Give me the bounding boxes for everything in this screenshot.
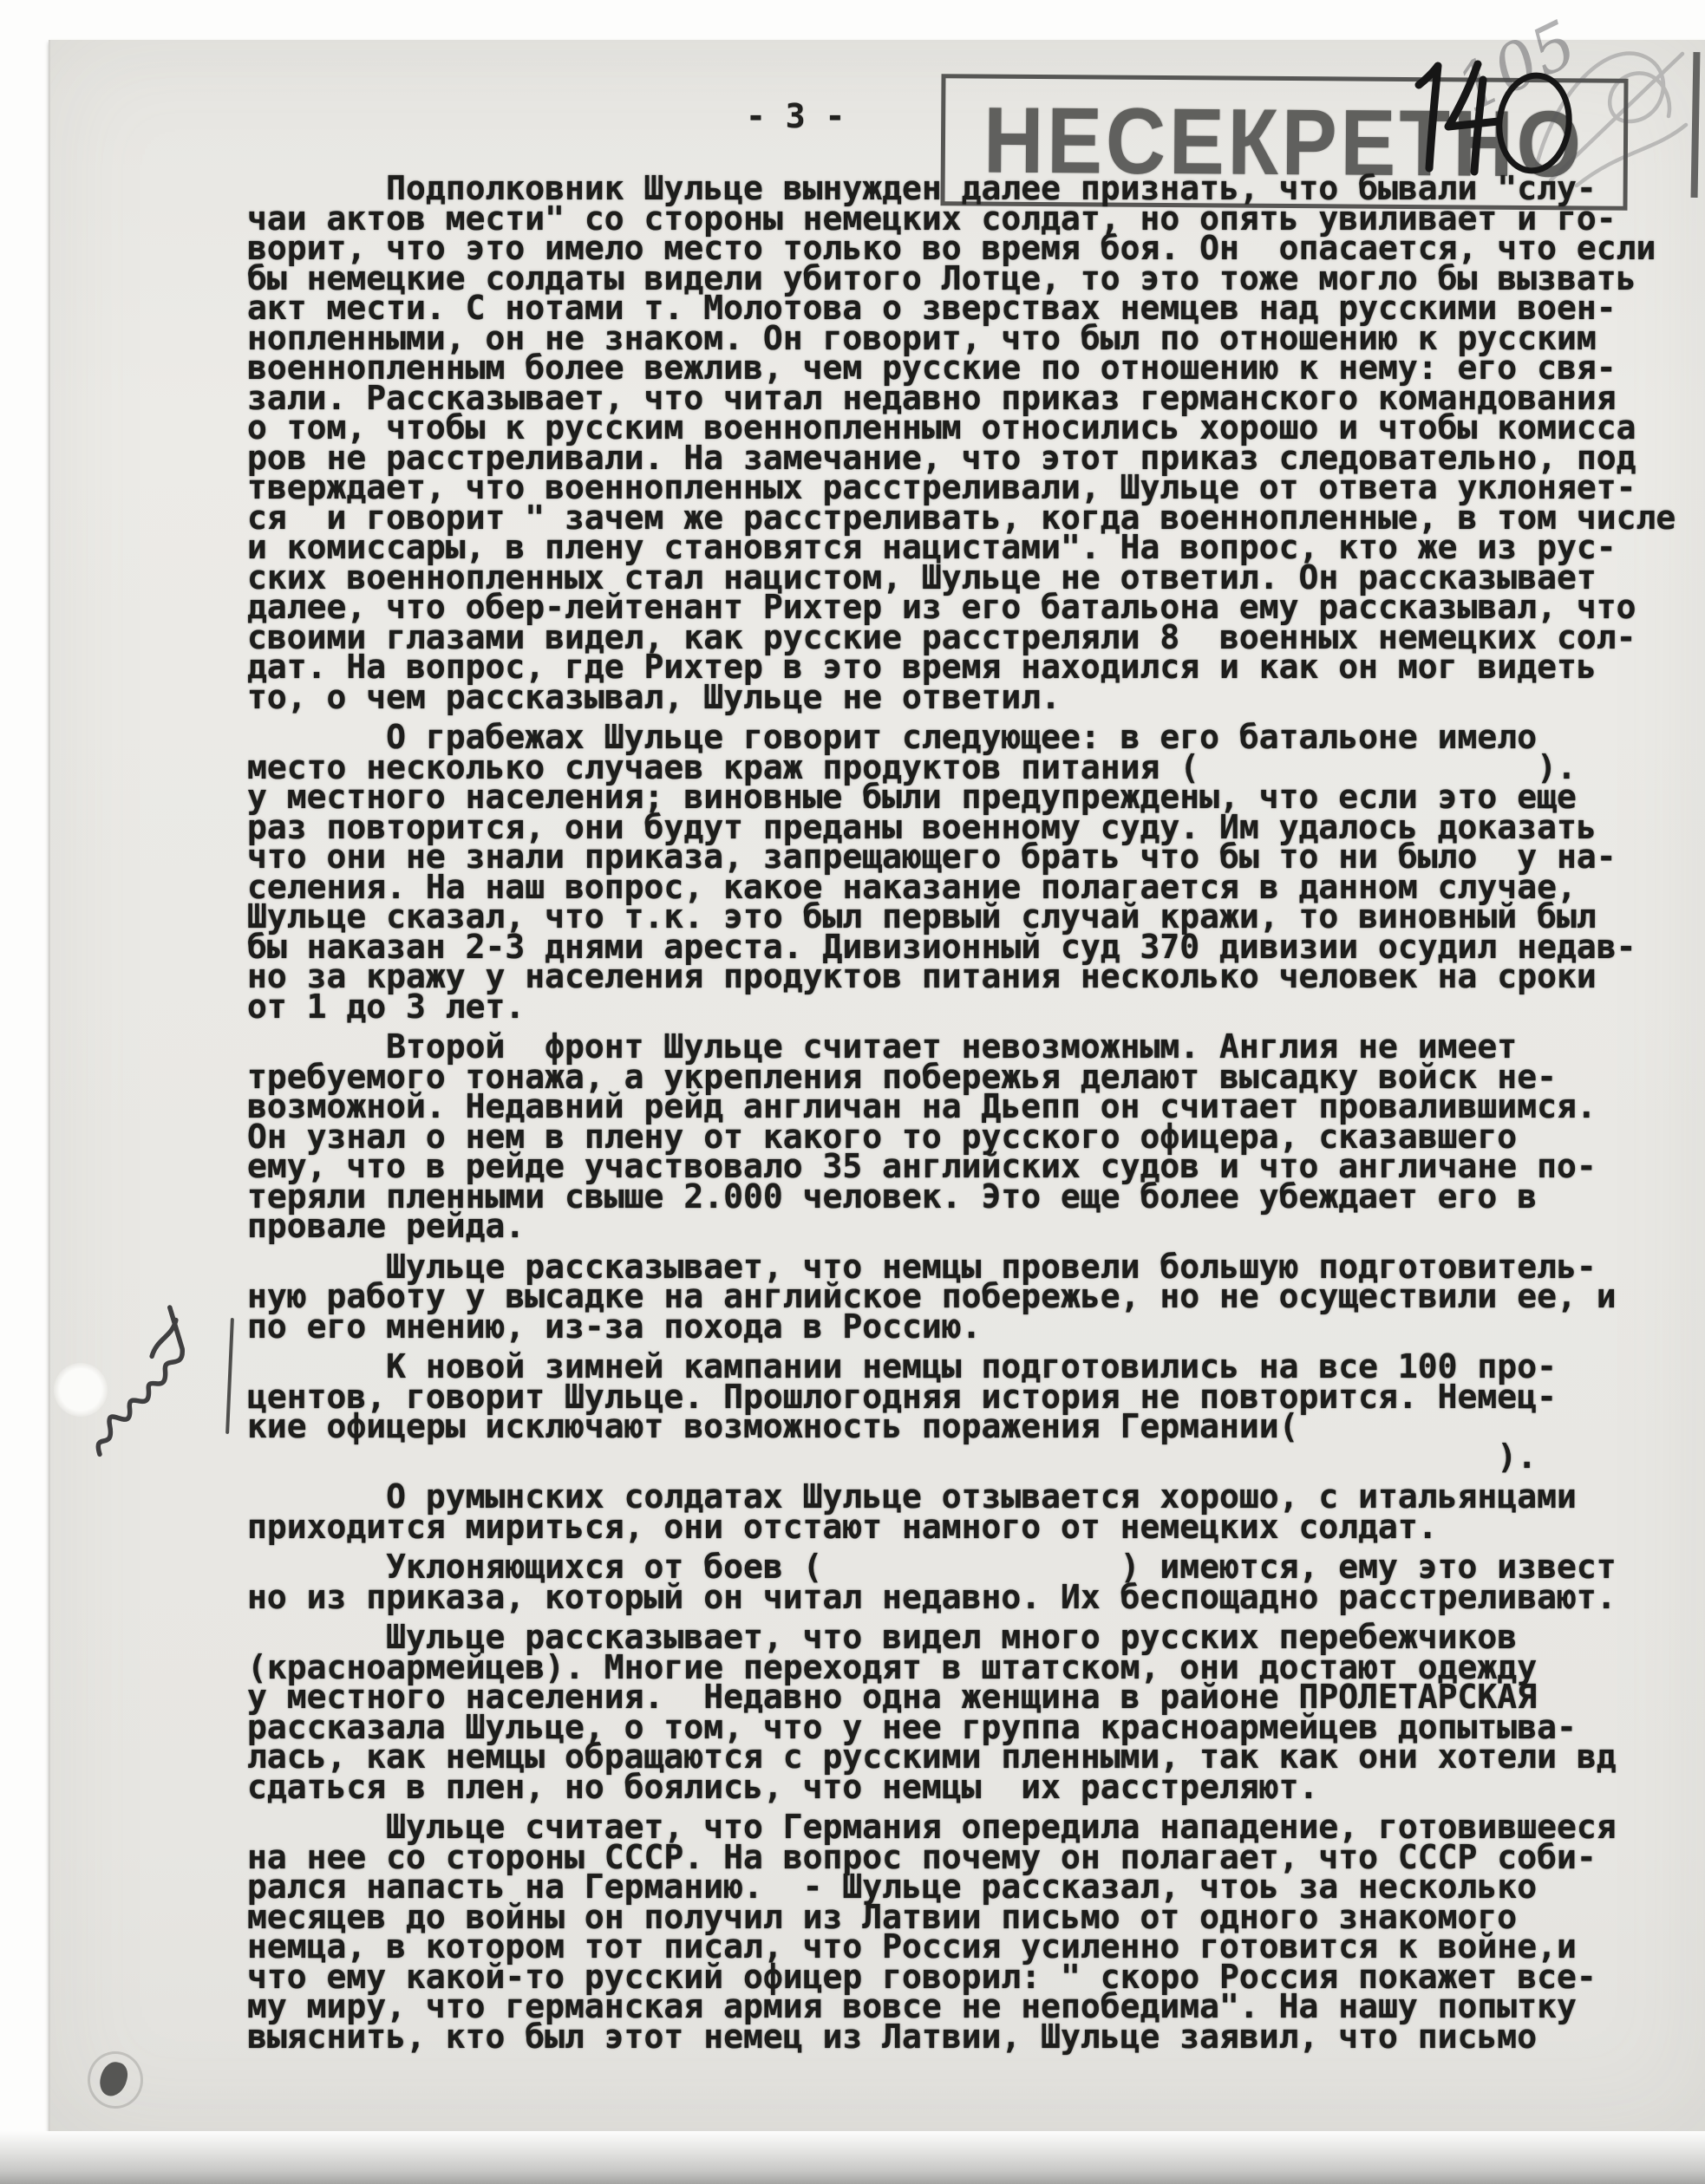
page-number: - 3 - — [746, 97, 845, 135]
paragraph: Шульце рассказывает, что видел много рус… — [247, 1622, 1676, 1802]
text-line: то, о чем рассказывал, Шульце не ответил… — [247, 682, 1676, 713]
punch-hole — [54, 1363, 108, 1417]
paragraph: Шульце рассказывает, что немцы провели б… — [247, 1252, 1676, 1342]
scanner-background-strip — [0, 2131, 1705, 2184]
text-line: выяснить, кто был этот немец из Латвии, … — [247, 2022, 1676, 2052]
text-line: по его мнению, из-за похода в Россию. — [247, 1312, 1676, 1342]
handwritten-number-140 — [1393, 50, 1577, 189]
text-line: ). — [247, 1442, 1676, 1472]
paragraph: Подполковник Шульце вынужден далее призн… — [247, 173, 1676, 712]
paragraph: К новой зимней кампании немцы подготовил… — [247, 1352, 1676, 1471]
paragraph: Уклоняющихся от боев ( ) имеются, ему эт… — [247, 1552, 1676, 1612]
text-line: провале рейда. — [247, 1211, 1676, 1242]
paragraph: Второй фронт Шульце считает невозможным.… — [247, 1032, 1676, 1242]
text-line: сдаться в плен, но боялись, что немцы их… — [247, 1772, 1676, 1803]
paragraph: О грабежах Шульце говорит следующее: в е… — [247, 722, 1676, 1021]
text-line: но из приказа, который он читал недавно.… — [247, 1582, 1676, 1613]
text-line: от 1 до 3 лет. — [247, 992, 1676, 1022]
text-block: Подполковник Шульце вынужден далее призн… — [247, 173, 1676, 2051]
paragraph: О румынских солдатах Шульце отзывается х… — [247, 1482, 1676, 1542]
paragraph: Шульце считает, что Германия опередила н… — [247, 1812, 1676, 2051]
text-line: приходится мириться, они отстают намного… — [247, 1512, 1676, 1542]
